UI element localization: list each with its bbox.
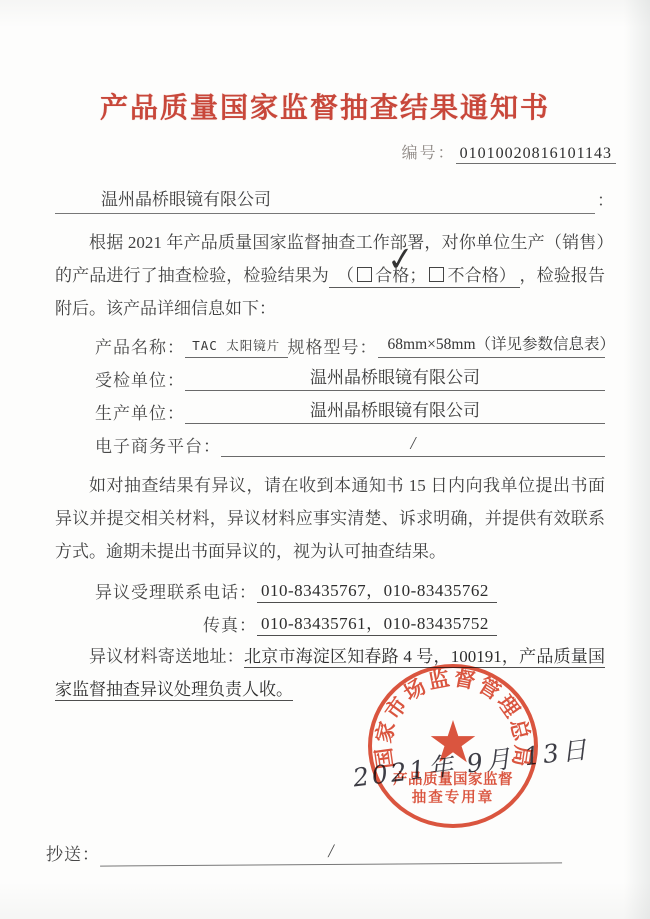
document-number-row: 编号：01010020816101143 bbox=[0, 140, 616, 163]
ecommerce-platform-line: / bbox=[221, 433, 605, 457]
cc-label: 抄送： bbox=[46, 840, 100, 865]
objection-phone-label: 异议受理联系电话： bbox=[95, 578, 257, 603]
production-unit-label: 生产单位： bbox=[95, 399, 185, 424]
objection-phone-row: 异议受理联系电话： 010-83435767，010-83435762 bbox=[95, 570, 605, 603]
fax-row: 传真： 010-83435761，010-83435752 bbox=[95, 603, 605, 636]
paragraph-inspection-basis: 根据 2021 年产品质量国家监督抽查工作部署，对你单位生产（销售）的产品进行了… bbox=[55, 226, 605, 325]
product-name-value: TAC 太阳镜片 bbox=[192, 338, 280, 353]
inspected-unit-row: 受检单位： 温州晶桥眼镜有限公司 bbox=[95, 358, 605, 391]
unqualified-checkbox bbox=[429, 267, 444, 282]
paragraph-objection-instructions: 如对抽查结果有异议，请在收到本通知书 15 日内向我单位提出书面异议并提交相关材… bbox=[55, 469, 605, 568]
document-number-label: 编号： bbox=[402, 145, 456, 162]
production-unit-line: 温州晶桥眼镜有限公司 bbox=[185, 396, 605, 424]
recipient-name: 温州晶桥眼镜有限公司 bbox=[55, 185, 595, 214]
ecommerce-platform-value: / bbox=[410, 433, 415, 453]
inspected-unit-value: 温州晶桥眼镜有限公司 bbox=[310, 368, 480, 387]
result-open-paren: （ bbox=[337, 266, 354, 285]
cc-value: / bbox=[328, 841, 333, 862]
inspected-unit-label: 受检单位： bbox=[95, 366, 185, 391]
product-name-row: 产品名称： TAC 太阳镜片 规格型号： 68mm×58mm（详见参数信息表） bbox=[95, 325, 605, 358]
check-mark: ✓ bbox=[352, 241, 417, 280]
spec-model-label: 规格型号： bbox=[288, 333, 378, 358]
notice-document-page: 产品质量国家监督抽查结果通知书 编号：01010020816101143 温州晶… bbox=[0, 0, 650, 919]
production-unit-value: 温州晶桥眼镜有限公司 bbox=[310, 401, 480, 420]
spec-model-value: 68mm×58mm（详见参数信息表） bbox=[388, 332, 615, 354]
production-unit-row: 生产单位： 温州晶桥眼镜有限公司 bbox=[95, 391, 605, 424]
inspection-result-field: （✓合格；不合格） bbox=[329, 266, 520, 288]
cc-row: 抄送： / bbox=[46, 840, 562, 865]
document-title: 产品质量国家监督抽查结果通知书 bbox=[0, 0, 650, 126]
qualified-checkbox: ✓ bbox=[357, 267, 372, 282]
unqualified-label: 不合格） bbox=[447, 266, 507, 285]
ecommerce-platform-row: 电子商务平台： / bbox=[95, 424, 605, 457]
ecommerce-platform-label: 电子商务平台： bbox=[95, 432, 221, 457]
spec-model-line: 68mm×58mm（详见参数信息表） bbox=[378, 333, 605, 358]
seal-center-line2: 抽查专用章 bbox=[412, 788, 495, 806]
mailing-address-label: 异议材料寄送地址： bbox=[89, 647, 244, 666]
objection-phone-value: 010-83435767，010-83435762 bbox=[257, 576, 497, 603]
product-info-fields: 产品名称： TAC 太阳镜片 规格型号： 68mm×58mm（详见参数信息表） … bbox=[95, 325, 605, 457]
fax-label: 传真： bbox=[95, 611, 257, 636]
recipient-colon: ： bbox=[595, 186, 614, 214]
document-number-value: 01010020816101143 bbox=[456, 145, 616, 164]
recipient-row: 温州晶桥眼镜有限公司： bbox=[55, 185, 614, 214]
product-name-line: TAC 太阳镜片 bbox=[185, 335, 288, 358]
inspected-unit-line: 温州晶桥眼镜有限公司 bbox=[185, 363, 605, 391]
fax-value: 010-83435761，010-83435752 bbox=[257, 609, 497, 636]
cc-line: / bbox=[100, 839, 562, 866]
product-name-label: 产品名称： bbox=[95, 333, 185, 358]
contact-section: 异议受理联系电话： 010-83435767，010-83435762 传真： … bbox=[95, 570, 605, 636]
